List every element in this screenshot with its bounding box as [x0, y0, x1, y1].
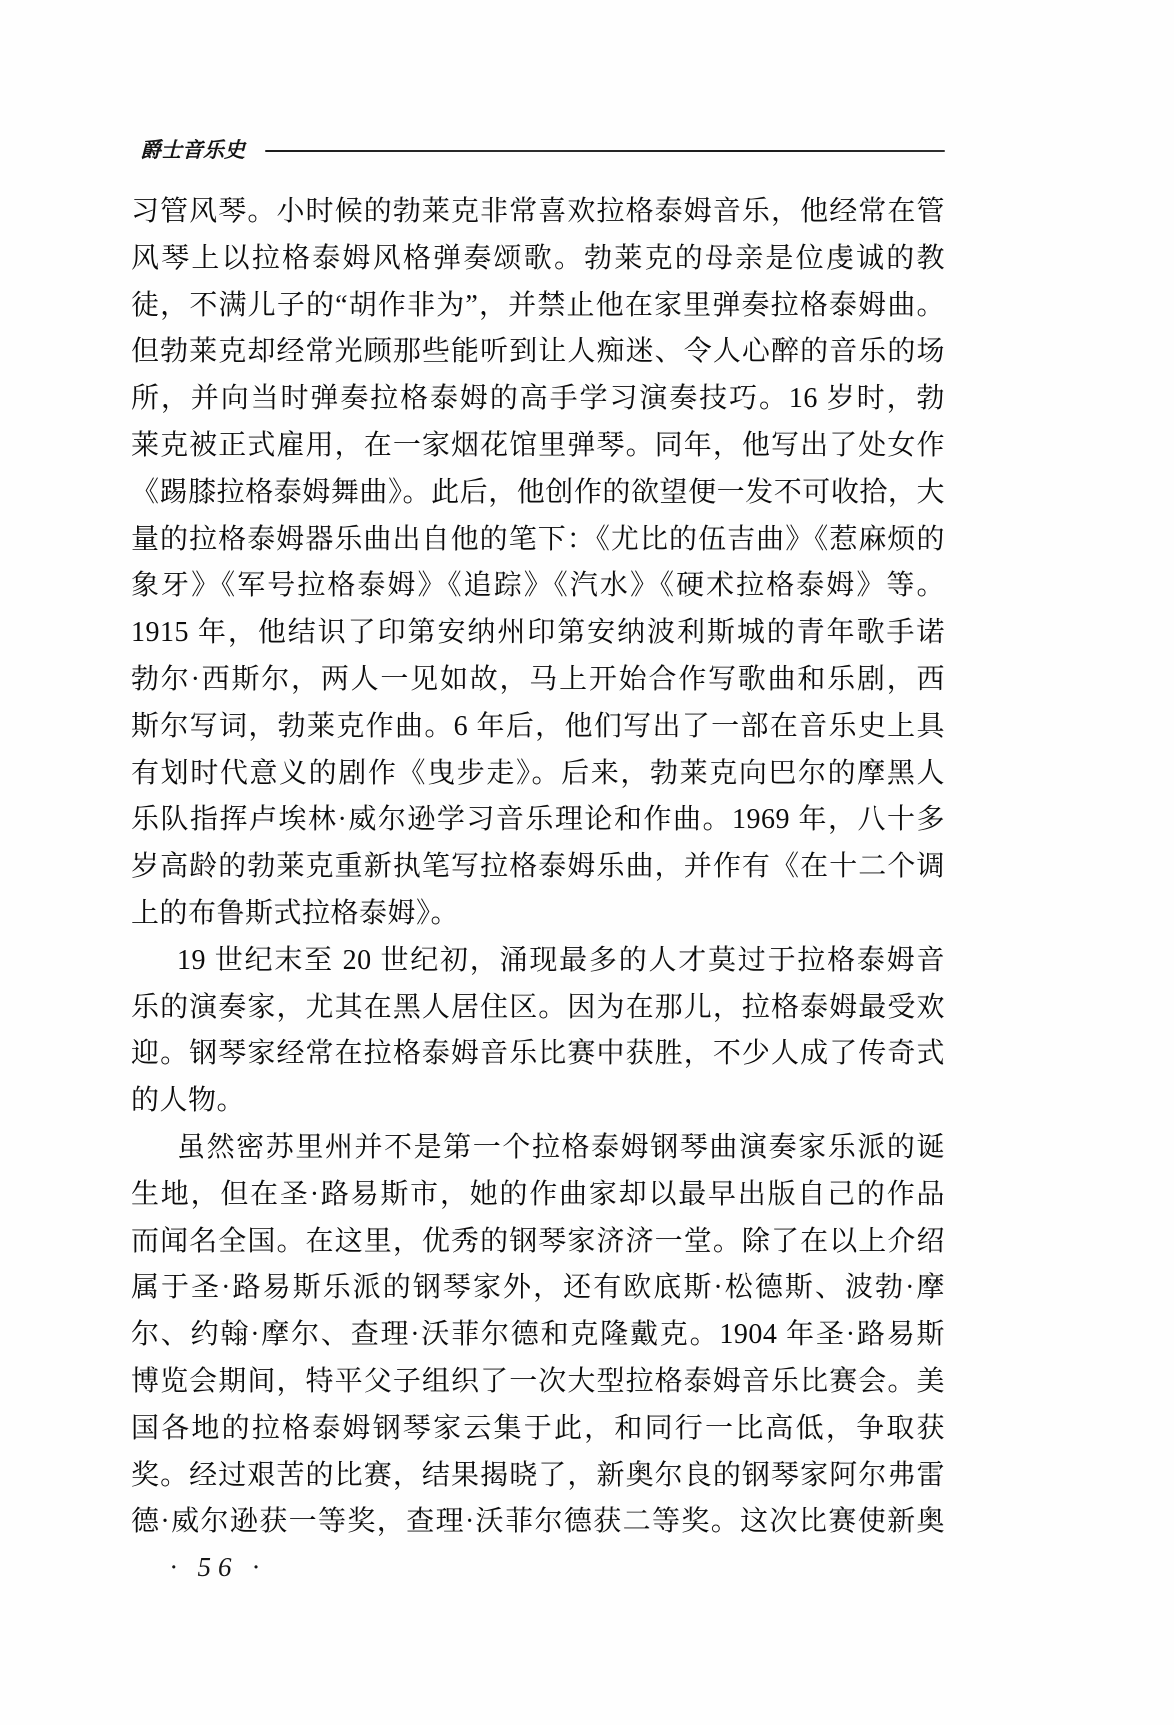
text-line: 但勃莱克却经常光顾那些能听到让人痴迷、令人心醉的音乐的场 — [131, 329, 945, 376]
running-head-rule — [265, 150, 945, 152]
text-line: 属于圣·路易斯乐派的钢琴家外，还有欧底斯·松德斯、波勃·摩 — [131, 1265, 945, 1312]
text-line: 奖。经过艰苦的比赛，结果揭晓了，新奥尔良的钢琴家阿尔弗雷 — [131, 1453, 945, 1500]
text-line: 所，并向当时弹奏拉格泰姆的高手学习演奏技巧。16 岁时，勃 — [131, 376, 945, 423]
text-line: 乐队指挥卢埃林·威尔逊学习音乐理论和作曲。1969 年，八十多 — [131, 797, 945, 844]
text-line: 量的拉格泰姆器乐曲出自他的笔下：《尤比的伍吉曲》《惹麻烦的 — [131, 517, 945, 564]
text-line: 上的布鲁斯式拉格泰姆》。 — [131, 891, 945, 938]
text-line: 德·威尔逊获一等奖，查理·沃菲尔德获二等奖。这次比赛使新奥 — [131, 1499, 945, 1546]
running-head-title: 爵士音乐史 — [140, 134, 245, 164]
text-line: 风琴上以拉格泰姆风格弹奏颂歌。勃莱克的母亲是位虔诚的教 — [131, 236, 945, 283]
text-line: 迎。钢琴家经常在拉格泰姆音乐比赛中获胜，不少人成了传奇式 — [131, 1031, 945, 1078]
text-line: 《踢膝拉格泰姆舞曲》。此后，他创作的欲望便一发不可收拾，大 — [131, 470, 945, 517]
text-line: 莱克被正式雇用，在一家烟花馆里弹琴。同年，他写出了处女作 — [131, 423, 945, 470]
text-body: 习管风琴。小时候的勃莱克非常喜欢拉格泰姆音乐，他经常在管风琴上以拉格泰姆风格弹奏… — [131, 189, 945, 1546]
text-line: 而闻名全国。在这里，优秀的钢琴家济济一堂。除了在以上介绍 — [131, 1219, 945, 1266]
text-line: 徒，不满儿子的“胡作非为”，并禁止他在家里弹奏拉格泰姆曲。 — [131, 283, 945, 330]
text-line: 有划时代意义的剧作《曳步走》。后来，勃莱克向巴尔的摩黑人 — [131, 751, 945, 798]
text-line: 斯尔写词，勃莱克作曲。6 年后，他们写出了一部在音乐史上具 — [131, 704, 945, 751]
text-line: 岁高龄的勃莱克重新执笔写拉格泰姆乐曲，并作有《在十二个调 — [131, 844, 945, 891]
text-line: 象牙》《军号拉格泰姆》《追踪》《汽水》《硬术拉格泰姆》等。 — [131, 563, 945, 610]
text-line: 乐的演奏家，尤其在黑人居住区。因为在那儿，拉格泰姆最受欢 — [131, 985, 945, 1032]
text-line: 习管风琴。小时候的勃莱克非常喜欢拉格泰姆音乐，他经常在管 — [131, 189, 945, 236]
text-line: 的人物。 — [131, 1078, 945, 1125]
text-line: 博览会期间，特平父子组织了一次大型拉格泰姆音乐比赛会。美 — [131, 1359, 945, 1406]
text-line: 尔、约翰·摩尔、查理·沃菲尔德和克隆戴克。1904 年圣·路易斯 — [131, 1312, 945, 1359]
scanned-book-page: 爵士音乐史 习管风琴。小时候的勃莱克非常喜欢拉格泰姆音乐，他经常在管风琴上以拉格… — [0, 0, 1174, 1725]
page-number: · 56 · — [170, 1552, 266, 1583]
text-line: 1915 年，他结识了印第安纳州印第安纳波利斯城的青年歌手诺 — [131, 610, 945, 657]
text-line: 生地，但在圣·路易斯市，她的作曲家却以最早出版自己的作品 — [131, 1172, 945, 1219]
running-head: 爵士音乐史 — [140, 134, 945, 164]
text-line: 国各地的拉格泰姆钢琴家云集于此，和同行一比高低，争取获 — [131, 1406, 945, 1453]
text-line: 勃尔·西斯尔，两人一见如故，马上开始合作写歌曲和乐剧，西 — [131, 657, 945, 704]
text-line: 虽然密苏里州并不是第一个拉格泰姆钢琴曲演奏家乐派的诞 — [131, 1125, 945, 1172]
text-line: 19 世纪末至 20 世纪初，涌现最多的人才莫过于拉格泰姆音 — [131, 938, 945, 985]
